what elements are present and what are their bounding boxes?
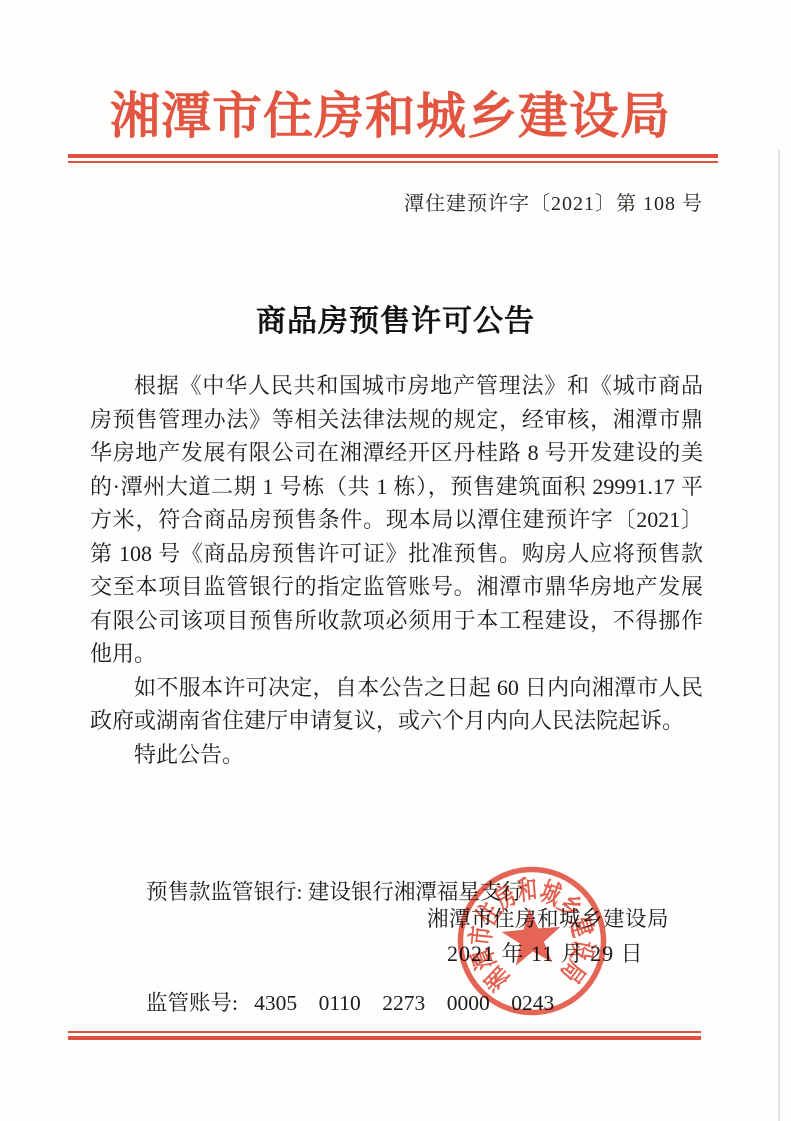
body-line: 有限公司该项目预售所收款项必须用于本工程建设，不得挪作 bbox=[90, 604, 703, 638]
body-line: 特此公告。 bbox=[90, 738, 703, 772]
body-line: 房预售管理办法》等相关法律法规的规定，经审核，湘潭市鼎 bbox=[90, 403, 703, 437]
body-line: 如不服本许可决定，自本公告之日起 60 日内向湘潭市人民 bbox=[90, 671, 703, 705]
body-line: 第 108 号《商品房预售许可证》批准预售。购房人应将预售款 bbox=[90, 537, 703, 571]
body-line: 华房地产发展有限公司在湘潭经开区丹桂路 8 号开发建设的美 bbox=[90, 436, 703, 470]
document-page: 湘潭市住房和城乡建设局 潭住建预许字〔2021〕第 108 号 商品房预售许可公… bbox=[0, 0, 791, 1121]
footer-red-rule bbox=[68, 1031, 701, 1040]
seal-star-icon bbox=[500, 906, 564, 967]
notice-body: 根据《中华人民共和国城市房地产管理法》和《城市商品 房预售管理办法》等相关法律法… bbox=[90, 369, 703, 771]
notice-title: 商品房预售许可公告 bbox=[0, 296, 791, 340]
document-number: 潭住建预许字〔2021〕第 108 号 bbox=[404, 187, 703, 216]
body-line: 方米，符合商品房预售条件。现本局以潭住建预许字〔2021〕 bbox=[90, 503, 703, 537]
body-line: 交至本项目监管银行的指定监管账号。湘潭市鼎华房地产发展 bbox=[90, 570, 703, 604]
body-line: 政府或湖南省住建厅申请复议，或六个月内向人民法院起诉。 bbox=[90, 704, 703, 738]
body-line: 的·潭州大道二期 1 号栋（共 1 栋），预售建筑面积 29991.17 平 bbox=[90, 470, 703, 504]
agency-header-title: 湘潭市住房和城乡建设局 bbox=[0, 88, 781, 144]
header-red-rule bbox=[68, 154, 718, 163]
official-seal: 湘潭市住房和城乡建设局 bbox=[451, 860, 614, 1023]
scan-edge-shadow bbox=[778, 150, 780, 1121]
body-line: 他用。 bbox=[90, 637, 703, 671]
body-line: 根据《中华人民共和国城市房地产管理法》和《城市商品 bbox=[90, 369, 703, 403]
